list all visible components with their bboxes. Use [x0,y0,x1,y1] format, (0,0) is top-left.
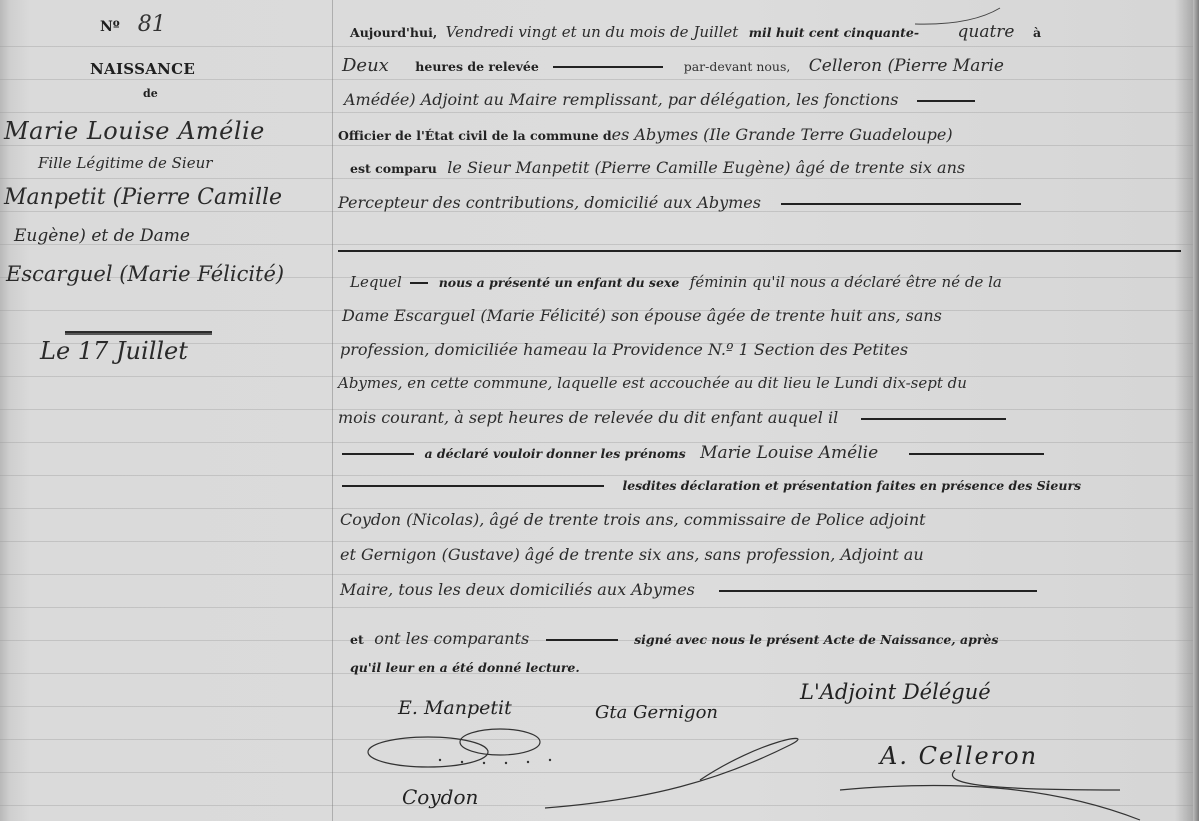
register-page: Nº81 NAISSANCE de Marie Louise Amélie Fi… [0,0,1199,821]
signature-flourishes [0,0,1199,821]
